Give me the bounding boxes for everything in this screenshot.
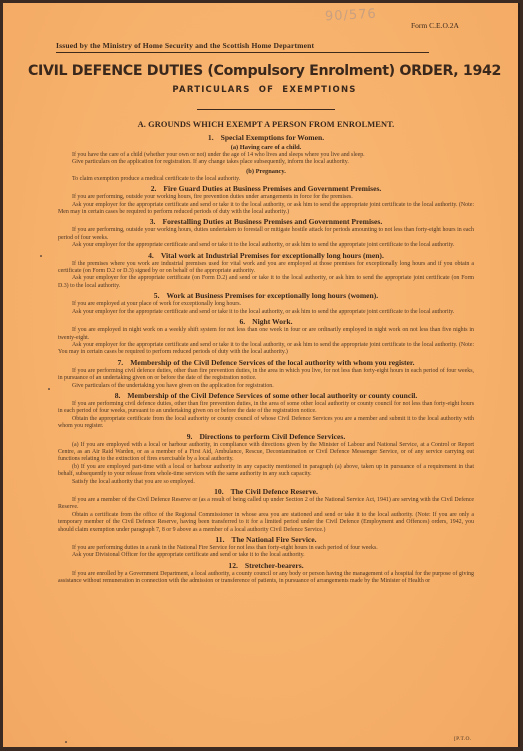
section-heading: 8.Membership of the Civil Defence Servic…: [58, 391, 474, 401]
section-heading: 9.Directions to perform Civil Defence Se…: [58, 432, 474, 442]
section-title: Night Work.: [252, 317, 292, 326]
section-number: 10.: [214, 487, 224, 496]
section-number: 9.: [187, 432, 193, 441]
section-paragraph: Ask your employer for the appropriate ce…: [58, 202, 474, 217]
section-paragraph: If you are performing civil defence duti…: [58, 401, 474, 416]
section-title: Membership of the Civil Defence Services…: [130, 358, 414, 367]
section-title: Membership of the Civil Defence Services…: [127, 391, 417, 400]
section-paragraph: Ask your Divisional Officer for the appr…: [58, 552, 474, 559]
document-body: A. GROUNDS WHICH EXEMPT A PERSON FROM EN…: [58, 119, 474, 586]
section-title: Forestalling Duties at Business Premises…: [162, 217, 382, 226]
section-paragraph: Give particulars of the undertaking you …: [58, 383, 474, 390]
section-paragraph: If you are employed at your place of wor…: [58, 301, 474, 308]
section-heading: 6.Night Work.: [58, 317, 474, 327]
section-paragraph: Give particulars on the application for …: [58, 159, 474, 166]
paper-speck: [65, 741, 67, 743]
section-paragraph: If you are employed in night work on a w…: [58, 327, 474, 342]
section-paragraph: If you are performing, outside your work…: [58, 227, 474, 242]
paper-speck: [40, 255, 42, 257]
section-number: 11.: [215, 535, 224, 544]
section-heading: 3.Forestalling Duties at Business Premis…: [58, 217, 474, 227]
section-paragraph: Satisfy the local authority that you are…: [58, 479, 474, 486]
subsection-heading: (b) Pregnancy.: [58, 168, 474, 176]
section-paragraph: (b) If you are employed part-time with a…: [58, 464, 474, 479]
section-number: 7.: [117, 358, 123, 367]
section-heading: 2.Fire Guard Duties at Business Premises…: [58, 184, 474, 194]
title-divider: [197, 109, 335, 110]
document-subtitle: PARTICULARS OF EXEMPTIONS: [3, 85, 523, 95]
section-number: 12.: [228, 561, 238, 570]
section-paragraph: To claim exemption produce a medical cer…: [58, 176, 474, 183]
section-paragraph: If you are enrolled by a Government Depa…: [58, 571, 474, 586]
section-paragraph: If you are performing, outside your work…: [58, 194, 474, 201]
section-paragraph: Ask your employer for the appropriate ce…: [58, 275, 474, 290]
section-number: 1.: [208, 133, 214, 142]
section-heading: 10.The Civil Defence Reserve.: [58, 487, 474, 497]
section-paragraph: If you are a member of the Civil Defence…: [58, 497, 474, 512]
section-title: Fire Guard Duties at Business Premises a…: [163, 184, 381, 193]
sections-list: 1.Special Exemptions for Women.(a) Havin…: [58, 133, 474, 586]
section-number: 8.: [115, 391, 121, 400]
section-paragraph: Obtain the appropriate certificate from …: [58, 416, 474, 431]
section-heading: 5.Work at Business Premises for exceptio…: [58, 291, 474, 301]
document-title: CIVIL DEFENCE DUTIES (Compulsory Enrolme…: [3, 63, 523, 79]
section-number: 2.: [151, 184, 157, 193]
section-title: Directions to perform Civil Defence Serv…: [199, 432, 345, 441]
document-page: 90/576 Form C.E.O.2A Issued by the Minis…: [3, 3, 520, 747]
section-title: Vital work at Industrial Premises for ex…: [161, 251, 384, 260]
section-a-heading: A. GROUNDS WHICH EXEMPT A PERSON FROM EN…: [58, 119, 474, 130]
section-paragraph: Obtain a certificate from the office of …: [58, 512, 474, 534]
section-title: Special Exemptions for Women.: [221, 133, 325, 142]
section-number: 3.: [150, 217, 156, 226]
section-number: 5.: [154, 291, 160, 300]
section-paragraph: Ask your employer for the appropriate ce…: [58, 309, 474, 316]
subsection-heading: (a) Having care of a child.: [58, 144, 474, 152]
section-number: 4.: [148, 251, 154, 260]
section-paragraph: Ask your employer for the appropriate ce…: [58, 342, 474, 357]
handwritten-reference: 90/576: [325, 7, 377, 25]
form-number: Form C.E.O.2A: [411, 21, 459, 30]
section-title: The Civil Defence Reserve.: [231, 487, 318, 496]
section-heading: 1.Special Exemptions for Women.: [58, 133, 474, 143]
section-paragraph: Ask your employer for the appropriate ce…: [58, 242, 474, 249]
section-heading: 12.Stretcher-bearers.: [58, 561, 474, 571]
section-title: Stretcher-bearers.: [245, 561, 304, 570]
please-turn-over: [P.T.O.: [454, 736, 471, 742]
section-title: Work at Business Premises for exceptiona…: [166, 291, 378, 300]
issued-by-line: Issued by the Ministry of Home Security …: [56, 41, 429, 53]
section-heading: 7.Membership of the Civil Defence Servic…: [58, 358, 474, 368]
section-paragraph: If the premises where you work are indus…: [58, 261, 474, 276]
section-paragraph: (a) If you are employed with a local or …: [58, 442, 474, 464]
section-heading: 4.Vital work at Industrial Premises for …: [58, 251, 474, 261]
section-title: The National Fire Service.: [232, 535, 317, 544]
paper-speck: [48, 388, 50, 390]
section-paragraph: If you are performing civil defence duti…: [58, 368, 474, 383]
section-heading: 11.The National Fire Service.: [58, 535, 474, 545]
section-number: 6.: [239, 317, 245, 326]
